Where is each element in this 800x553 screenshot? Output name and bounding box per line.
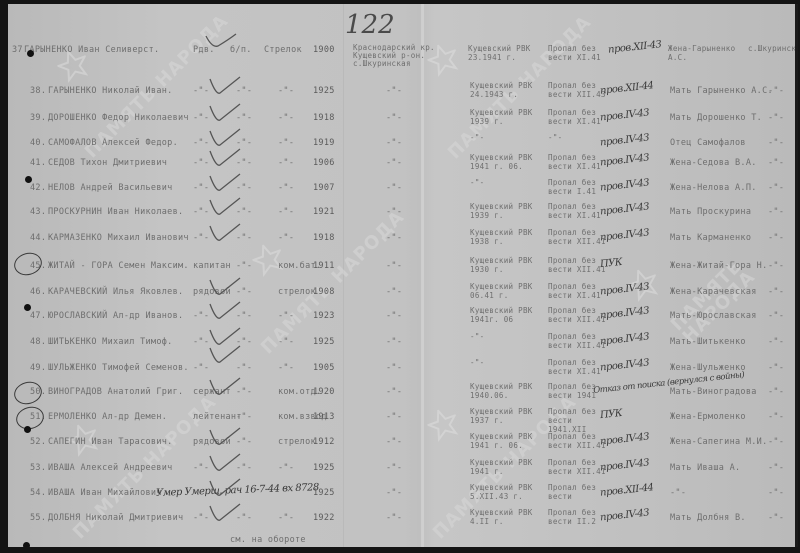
relative: Жена-Житай-Гора Н. (670, 262, 768, 271)
rank: -"- (193, 234, 209, 243)
draft-office: Кущевский РВК 1940.06. (470, 382, 538, 400)
birthplace: -"- (386, 388, 402, 397)
soldier-name: САПЕГИН Иван Тарасович. (48, 438, 173, 447)
birthplace: Краснодарский кр. Кущевский р-он. с.Шкур… (353, 44, 443, 68)
position: -"- (278, 464, 294, 473)
checkmark-icon (208, 147, 248, 169)
birth-year: 1913 (313, 413, 335, 422)
checkmark-icon (208, 196, 248, 218)
checkmark-icon (208, 75, 248, 97)
status: Пропал без вести XII.41 (548, 306, 606, 324)
position: -"- (278, 338, 294, 347)
birthplace: -"- (386, 364, 402, 373)
handwritten-annotation: пров.XII-43 (608, 39, 662, 56)
checkmark-icon (204, 30, 244, 52)
rank: -"- (193, 208, 209, 217)
relative: Жена-Седова В.А. (670, 159, 757, 168)
status: Пропал без вести XII.41 (548, 458, 606, 476)
birthplace: -"- (386, 464, 402, 473)
draft-office: -"- (470, 358, 538, 367)
rank: -"- (193, 87, 209, 96)
position: -"- (278, 312, 294, 321)
relative: Отец Самофалов (670, 139, 746, 148)
row-number: 47. (30, 312, 46, 321)
soldier-name: ЮРОСЛАВСКИЙ Ал-др Иванов. (48, 312, 183, 321)
table-row: 37 ГАРЫНЕНКО Иван Селиверст. Рдв. б/п. С… (8, 44, 798, 74)
soldier-name: ВИНОГРАДОВ Анатолий Григ. (48, 388, 183, 397)
checkmark-icon (208, 376, 248, 398)
footer-note: см. на обороте (230, 536, 306, 545)
soldier-name: ДОРОШЕНКО Федор Николаевич (48, 114, 189, 123)
position: стрелок (278, 438, 316, 447)
rank: -"- (193, 364, 209, 373)
draft-office: -"- (470, 133, 538, 142)
checkmark-icon (208, 452, 248, 474)
birthplace: -"- (386, 114, 402, 123)
ink-blot (24, 304, 31, 311)
status: Пропал без вести XII.41 (548, 228, 606, 246)
address: -"- (768, 139, 784, 148)
birthplace: -"- (386, 338, 402, 347)
row-number: 54. (30, 489, 46, 498)
handwritten-page-number: 122 (345, 10, 395, 40)
draft-office: Кущевский РВК 1930 г. (470, 256, 538, 274)
row-number: 44. (30, 234, 46, 243)
birthplace: -"- (386, 413, 402, 422)
birth-year: 1920 (313, 388, 335, 397)
birth-year: 1912 (313, 438, 335, 447)
birth-year: 1911 (313, 262, 335, 271)
birth-year: 1908 (313, 288, 335, 297)
status: -"- (548, 133, 606, 142)
address: -"- (768, 338, 784, 347)
birth-year: 1900 (313, 46, 335, 55)
address: -"- (768, 464, 784, 473)
position: -"- (278, 514, 294, 523)
draft-office: Кущевский РВК 1941г. 06 (470, 306, 538, 324)
soldier-name: ШУЛЬЖЕНКО Тимофей Семенов. (48, 364, 189, 373)
birthplace: -"- (386, 184, 402, 193)
ink-blot (27, 50, 34, 57)
address: -"- (768, 388, 784, 397)
status: Пропал без вести XII.43 (548, 81, 606, 99)
position: -"- (278, 87, 294, 96)
position: стрелок (278, 288, 316, 297)
draft-office: Кущевский РВК 1938 г. (470, 228, 538, 246)
ink-blot (24, 426, 31, 433)
relative: Жена-Ермоленко (670, 413, 746, 422)
position: -"- (278, 159, 294, 168)
address: -"- (768, 234, 784, 243)
row-number: 46. (30, 288, 46, 297)
rank: лейтенант (193, 413, 242, 422)
soldier-name: ДОЛБНЯ Николай Дмитриевич (48, 514, 183, 523)
status: Пропал без вести XII.41 (548, 432, 606, 450)
status: Пропал без вести XI.41 (548, 358, 606, 376)
checkmark-icon (208, 276, 248, 298)
soldier-name: ШИТЬКЕНКО Михаил Тимоф. (48, 338, 173, 347)
address: -"- (768, 184, 784, 193)
address: -"- (768, 114, 784, 123)
relative: -"- (670, 489, 686, 498)
soldier-name: ПРОСКУРНИН Иван Николаев. (48, 208, 183, 217)
status: Пропал без вести (548, 483, 606, 501)
relative: Жена-Гарыненко А.С. (668, 44, 748, 62)
soldier-name: КАРМАЗЕНКО Михаил Иванович (48, 234, 189, 243)
birthplace: -"- (386, 312, 402, 321)
position: -"- (278, 208, 294, 217)
handwritten-annotation: пров.XII-44 (600, 80, 654, 97)
draft-office: Кущевский РВК 1939 г. (470, 202, 538, 220)
rank: -"- (193, 514, 209, 523)
relative: Мать Дорошенко Т. (670, 114, 762, 123)
status: Пропал без вести XI.41 (548, 282, 606, 300)
birthplace: -"- (386, 489, 402, 498)
row-number: 37 (12, 46, 23, 55)
soldier-name: ЖИТАЙ - ГОРА Семен Максим. (48, 262, 189, 271)
relative: Мать Долбня В. (670, 514, 746, 523)
party: -"- (236, 262, 252, 271)
position: -"- (278, 234, 294, 243)
relative: Мать Проскурина (670, 208, 751, 217)
birthplace: -"- (386, 139, 402, 148)
row-number: 40. (30, 139, 46, 148)
paper-sheet: ПАМЯТЬ НАРОДА ПАМЯТЬ НАРОДА ПАМЯТЬ НАРОД… (8, 4, 798, 547)
draft-office: Кущевский РВК 24.1943 г. (470, 81, 538, 99)
rank: -"- (193, 464, 209, 473)
soldier-name: КАРАЧЕВСКИЙ Илья Яковлев. (48, 288, 183, 297)
status: Пропал без вести 1941.XII (548, 407, 606, 434)
draft-office: Кущевский РВК 1939 г. (470, 108, 538, 126)
birthplace: -"- (386, 438, 402, 447)
rank: -"- (193, 159, 209, 168)
birth-year: 1906 (313, 159, 335, 168)
table-row: 44.КАРМАЗЕНКО Михаил Иванович-"--"--"-19… (8, 234, 798, 264)
birth-year: 1919 (313, 139, 335, 148)
birth-year: 1923 (313, 312, 335, 321)
row-number: 41. (30, 159, 46, 168)
draft-office: Кущевский РВК 23.1941 г. (468, 44, 538, 62)
soldier-name: ИВАША Иван Михайлович (48, 489, 162, 498)
birth-year: 1918 (313, 234, 335, 243)
birthplace: -"- (386, 87, 402, 96)
birth-year: 1922 (313, 514, 335, 523)
address: -"- (768, 413, 784, 422)
relative: Жена-Нелова А.П. (670, 184, 757, 193)
relative: Жена-Карачевская (670, 288, 757, 297)
rank: капитан (193, 262, 231, 271)
checkmark-icon (208, 300, 248, 322)
row-number: 43. (30, 208, 46, 217)
draft-office: -"- (470, 178, 538, 187)
relative: Мать-Виноградова (670, 388, 757, 397)
birth-year: 1921 (313, 208, 335, 217)
checkmark-icon (208, 477, 248, 499)
checkmark-icon (208, 426, 248, 448)
draft-office: -"- (470, 332, 538, 341)
row-number: 48. (30, 338, 46, 347)
handwritten-annotation: ПУК (599, 408, 622, 421)
birth-year: 1925 (313, 464, 335, 473)
birthplace: -"- (386, 234, 402, 243)
row-number: 55. (30, 514, 46, 523)
status: Пропал без вести XI.41 (548, 44, 608, 62)
status: Пропал без вести I.41 (548, 178, 606, 196)
row-number: 49. (30, 364, 46, 373)
table-row: 55.ДОЛБНЯ Николай Дмитриевич-"--"--"-192… (8, 514, 798, 544)
address: -"- (768, 288, 784, 297)
address: с.Шкуринская (748, 44, 798, 53)
rank: -"- (193, 338, 209, 347)
rank: -"- (193, 114, 209, 123)
birthplace: -"- (386, 262, 402, 271)
row-number: 39. (30, 114, 46, 123)
address: -"- (768, 364, 784, 373)
birth-year: 1918 (313, 114, 335, 123)
address: -"- (768, 159, 784, 168)
status: Пропал без вести XI.41 (548, 202, 606, 220)
checkmark-icon (208, 222, 248, 244)
rank: -"- (193, 184, 209, 193)
checkmark-icon (208, 127, 248, 149)
address: -"- (768, 438, 784, 447)
draft-office: Кущевский РВК 06.41 г. (470, 282, 538, 300)
soldier-name: НЕЛОВ Андрей Васильевич (48, 184, 173, 193)
row-number: 38. (30, 87, 46, 96)
checkmark-icon (208, 172, 248, 194)
status: Пропал без вести XI.41 (548, 108, 606, 126)
position: -"- (278, 184, 294, 193)
address: -"- (768, 262, 784, 271)
relative: Мать Карманенко (670, 234, 751, 243)
position: -"- (278, 114, 294, 123)
position: -"- (278, 364, 294, 373)
soldier-name: ЕРМОЛЕНКО Ал-др Демен. (48, 413, 167, 422)
address: -"- (768, 514, 784, 523)
row-number: 52. (30, 438, 46, 447)
birthplace: -"- (386, 208, 402, 217)
birth-year: 1907 (313, 184, 335, 193)
page-edge (795, 4, 798, 547)
draft-office: Кущевский РВК 1941 г. 06. (470, 432, 538, 450)
soldier-name: САМОФАЛОВ Алексей Федор. (48, 139, 178, 148)
draft-office: Кущевский РВК 1941 г. 06. (470, 153, 538, 171)
scanned-document: ПАМЯТЬ НАРОДА ПАМЯТЬ НАРОДА ПАМЯТЬ НАРОД… (0, 0, 800, 553)
checkmark-icon (208, 502, 248, 524)
ink-blot (25, 176, 32, 183)
status: Пропал без вести II.2 (548, 508, 606, 526)
relative: Мать-Юрославская (670, 312, 757, 321)
rank: -"- (193, 312, 209, 321)
draft-office: Кущевский РВК 5.ХII.43 г. (470, 483, 538, 501)
address: -"- (768, 312, 784, 321)
soldier-name: ИВАША Алексей Андреевич (48, 464, 173, 473)
draft-office: Кущевский РВК 4.II г. (470, 508, 538, 526)
address: -"- (768, 87, 784, 96)
status: Пропал без вести XII.41 (548, 256, 606, 274)
position: -"- (278, 139, 294, 148)
status: Пропал без вести XII.41 (548, 332, 606, 350)
birth-year: 1905 (313, 364, 335, 373)
relative: Жена-Сапегина М.И. (670, 438, 768, 447)
relative: Мать Гарыненко А.С. (670, 87, 773, 96)
ink-blot (23, 542, 30, 547)
party: -"- (236, 413, 252, 422)
birth-year: 1925 (313, 87, 335, 96)
birthplace: -"- (386, 288, 402, 297)
draft-office: Кущевский РВК 1937 г. (470, 407, 538, 425)
birthplace: -"- (386, 514, 402, 523)
address: -"- (768, 489, 784, 498)
draft-office: Кущевский РВК 1941 г. (470, 458, 538, 476)
handwritten-annotation: ПУК (599, 257, 622, 270)
birthplace: -"- (386, 159, 402, 168)
row-number: 53. (30, 464, 46, 473)
soldier-name: СЕДОВ Тихон Дмитриевич (48, 159, 167, 168)
relative: Мать-Шитькенко (670, 338, 746, 347)
checkmark-icon (208, 344, 248, 366)
checkmark-icon (208, 102, 248, 124)
row-number: 42. (30, 184, 46, 193)
status: Пропал без вести XI.41 (548, 153, 606, 171)
position: Стрелок (264, 46, 302, 55)
address: -"- (768, 208, 784, 217)
soldier-name: ГАРЫНЕНКО Николай Иван. (48, 87, 173, 96)
relative: Мать Иваша А. (670, 464, 740, 473)
rank: -"- (193, 139, 209, 148)
birth-year: 1925 (313, 338, 335, 347)
soldier-name: ГАРЫНЕНКО Иван Селиверст. (24, 46, 159, 55)
